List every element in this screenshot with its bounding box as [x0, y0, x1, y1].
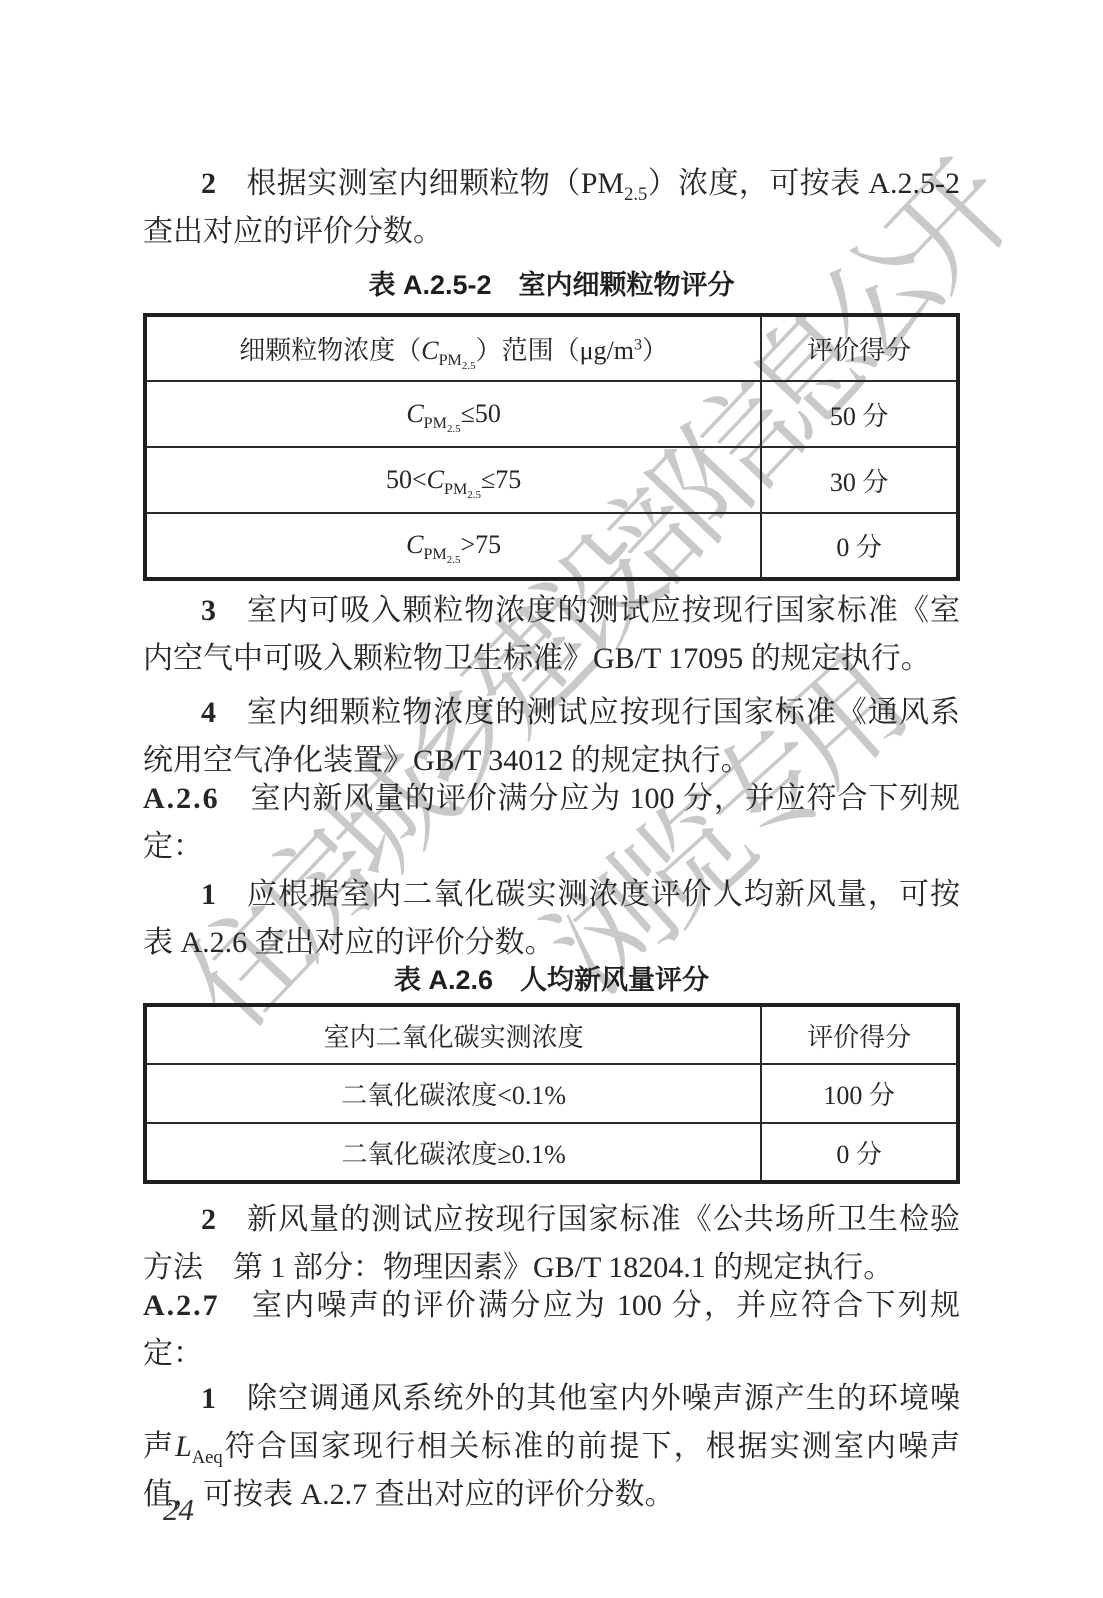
paragraph-pm10-test-standard: 3室内可吸入颗粒物浓度的测试应按现行国家标准《室内空气中可吸入颗粒物卫生标准》G… [143, 587, 960, 683]
cell-score: 50 分 [761, 381, 958, 447]
section-text: 室内噪声的评价满分应为 100 分，并应符合下列规定： [143, 1289, 960, 1370]
header-cell-score: 评价得分 [761, 315, 958, 381]
item-number: 1 [201, 1382, 216, 1415]
item-number: 2 [201, 167, 216, 200]
cell-score: 30 分 [761, 447, 958, 513]
cell-range: CPM2.5>75 [145, 513, 761, 579]
table-row: 二氧化碳浓度≥0.1% 0 分 [145, 1123, 958, 1182]
table-a252-title: 表 A.2.5-2 室内细颗粒物评分 [143, 268, 960, 302]
table-a26-title: 表 A.2.6 人均新风量评分 [143, 963, 960, 997]
table-a26: 室内二氧化碳实测浓度 评价得分 二氧化碳浓度<0.1% 100 分 二氧化碳浓度… [143, 1003, 960, 1184]
page-number: 24 [163, 1492, 194, 1528]
paragraph-text: 室内可吸入颗粒物浓度的测试应按现行国家标准《室内空气中可吸入颗粒物卫生标准》GB… [143, 594, 960, 675]
paragraph-pm25-test-standard: 4室内细颗粒物浓度的测试应按现行国家标准《通风系统用空气净化装置》GB/T 34… [143, 689, 960, 785]
cell-score: 0 分 [761, 513, 958, 579]
table-a26-header-row: 室内二氧化碳实测浓度 评价得分 [145, 1005, 958, 1064]
paragraph-text: 根据实测室内细颗粒物（PM2.5）浓度，可按表 A.2.5-2 查出对应的评价分… [143, 167, 960, 248]
paragraph-pm25-scoring: 2根据实测室内细颗粒物（PM2.5）浓度，可按表 A.2.5-2 查出对应的评价… [143, 160, 960, 256]
cell-range: CPM2.5≤50 [145, 381, 761, 447]
paragraph-co2-evaluation: 1应根据室内二氧化碳实测浓度评价人均新风量，可按表 A.2.6 查出对应的评价分… [143, 871, 960, 967]
paragraph-text: 室内细颗粒物浓度的测试应按现行国家标准《通风系统用空气净化装置》GB/T 340… [143, 696, 960, 777]
table-row: CPM2.5>75 0 分 [145, 513, 958, 579]
page-content: 2根据实测室内细颗粒物（PM2.5）浓度，可按表 A.2.5-2 查出对应的评价… [143, 0, 960, 1519]
cell-score: 100 分 [761, 1064, 958, 1123]
header-cell-score: 评价得分 [761, 1005, 958, 1064]
section-text: 室内新风量的评价满分应为 100 分，并应符合下列规定： [143, 782, 960, 863]
paragraph-text: 除空调通风系统外的其他室内外噪声源产生的环境噪声LAeq符合国家现行相关标准的前… [143, 1382, 960, 1511]
section-label: A.2.6 [143, 782, 220, 815]
section-label: A.2.7 [143, 1289, 220, 1322]
table-a252: 细颗粒物浓度（CPM2.5）范围（μg/m3） 评价得分 CPM2.5≤50 5… [143, 313, 960, 581]
cell-range: 50<CPM2.5≤75 [145, 447, 761, 513]
paragraph-text: 应根据室内二氧化碳实测浓度评价人均新风量，可按表 A.2.6 查出对应的评价分数… [143, 878, 960, 959]
table-a252-header-row: 细颗粒物浓度（CPM2.5）范围（μg/m3） 评价得分 [145, 315, 958, 381]
table-row: 50<CPM2.5≤75 30 分 [145, 447, 958, 513]
section-a27-heading: A.2.7室内噪声的评价满分应为 100 分，并应符合下列规定： [143, 1282, 960, 1378]
item-number: 1 [201, 878, 216, 911]
header-cell-concentration-range: 细颗粒物浓度（CPM2.5）范围（μg/m3） [145, 315, 761, 381]
table-row: CPM2.5≤50 50 分 [145, 381, 958, 447]
paragraph-noise-evaluation: 1除空调通风系统外的其他室内外噪声源产生的环境噪声LAeq符合国家现行相关标准的… [143, 1375, 960, 1519]
item-number: 2 [201, 1203, 216, 1236]
document-page: 住房城乡建设部信息公开 浏览专用 2根据实测室内细颗粒物（PM2.5）浓度，可按… [0, 0, 1103, 1598]
cell-condition: 二氧化碳浓度≥0.1% [145, 1123, 761, 1182]
paragraph-freshair-test-standard: 2新风量的测试应按现行国家标准《公共场所卫生检验方法 第 1 部分：物理因素》G… [143, 1196, 960, 1292]
cell-condition: 二氧化碳浓度<0.1% [145, 1064, 761, 1123]
item-number: 4 [201, 696, 216, 729]
header-cell-co2-concentration: 室内二氧化碳实测浓度 [145, 1005, 761, 1064]
table-row: 二氧化碳浓度<0.1% 100 分 [145, 1064, 958, 1123]
paragraph-text: 新风量的测试应按现行国家标准《公共场所卫生检验方法 第 1 部分：物理因素》GB… [143, 1203, 960, 1284]
item-number: 3 [201, 594, 216, 627]
cell-score: 0 分 [761, 1123, 958, 1182]
section-a26-heading: A.2.6室内新风量的评价满分应为 100 分，并应符合下列规定： [143, 775, 960, 871]
